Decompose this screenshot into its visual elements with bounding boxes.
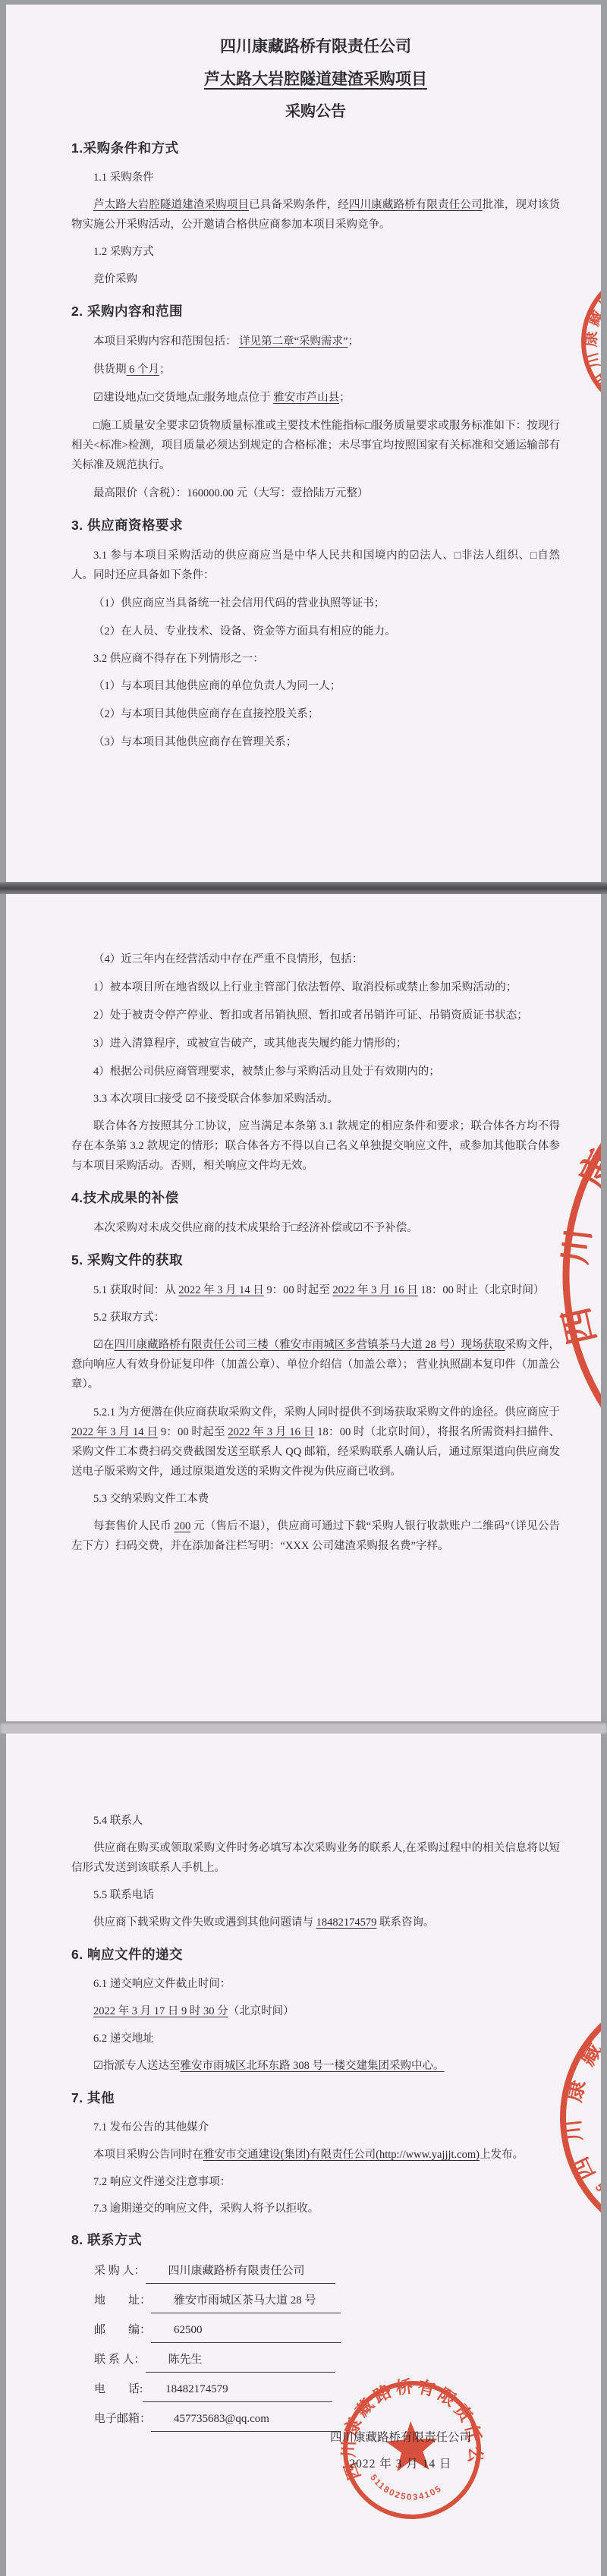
text: 7. 其他 xyxy=(71,2090,115,2105)
doc-line: 供应商下载采购文件失败或遇到其他问题请与 18482174579 联系咨询。 xyxy=(71,1913,560,1932)
underlined-text: 2022 年 3 月 16 日 xyxy=(228,1426,314,1438)
text: （北京时间） xyxy=(228,2005,294,2017)
doc-line: 5.2.1 为方便潜在供应商获取采购文件，采购人同时提供不到场获取采购文件的途径… xyxy=(71,1403,560,1482)
doc-line: 本项目采购内容和范围包括： 详见第二章“采购需求”； xyxy=(71,332,560,351)
text: ； xyxy=(348,335,360,348)
doc-line: 1.1 采购条件 xyxy=(71,168,560,187)
contact-value: 陈先生 xyxy=(146,2349,335,2373)
text: 18：00 时止（北京时间） xyxy=(418,1284,545,1296)
underlined-text: 雅安市交通建设(集团)有限责任公司(http://www.yajjjt.com) xyxy=(203,2149,480,2161)
text: 6.2 递交地址 xyxy=(93,2033,154,2045)
doc-line: 6.1 递交响应文件截止时间： xyxy=(71,1975,560,1993)
doc-line: 供货期 6 个月； xyxy=(71,360,560,379)
section-heading: 2. 采购内容和范围 xyxy=(71,301,560,322)
section-heading: 7. 其他 xyxy=(71,2088,560,2108)
text: 1）被本项目所在地省级以上行业主管部门依法暂停、取消投标或禁止参加采购活动的； xyxy=(93,981,517,994)
underlined-text: 2022 年 3 月 16 日 xyxy=(332,1284,417,1296)
text: （1）与本项目其他供应商的单位负责人为同一人； xyxy=(93,680,341,692)
underlined-text: 2022 年 3 月 17 日 9 时 30 分 xyxy=(93,2005,228,2017)
text: 最高限价（含税）：160000.00 元（大写：壹拾陆万元整） xyxy=(93,487,369,499)
text: ； xyxy=(159,364,171,376)
doc-line: （2）在人员、专业技术、设备、资金等方面具有相应的能力。 xyxy=(71,622,560,641)
doc-line: 5.4 联系人 xyxy=(71,1812,560,1830)
doc-line: ☑指派专人送达至雅安市雨城区北环东路 308 号一楼交建集团采购中心。 xyxy=(71,2056,560,2076)
contact-label: 邮 编： xyxy=(94,2324,151,2336)
text: 6. 响应文件的递交 xyxy=(71,1947,183,1962)
contact-label: 采 购 人： xyxy=(94,2265,146,2277)
doc-line: 本项目采购公告同时在雅安市交通建设(集团)有限责任公司(http://www.y… xyxy=(71,2145,560,2165)
contact-value: 四川康藏路桥有限责任公司 xyxy=(146,2260,335,2284)
underlined-text: 雅安市雨城区北环东路 308 号一楼交建集团采购中心。 xyxy=(181,2060,445,2072)
text: 5. 采购文件的获取 xyxy=(71,1252,183,1268)
contact-row: 电 话:18482174579 xyxy=(71,2379,560,2402)
underlined-text: 雅安市芦山县 xyxy=(273,392,339,404)
contact-label: 地 址： xyxy=(94,2294,151,2307)
doc-line: 3.1 参与本项目采购活动的供应商应当是中华人民共和国境内的☑法人、□非法人组织… xyxy=(71,546,560,585)
doc-line: 3.2 供应商不得存在下列情形之一： xyxy=(71,650,560,668)
underlined-text: 芦太路大岩腔隧道建渣采购项目 xyxy=(204,71,427,88)
text: 采购公告 xyxy=(285,103,346,120)
section-heading: 8. 联系方式 xyxy=(71,2230,560,2250)
text: 5.2 获取方式： xyxy=(93,1312,165,1324)
doc-line: 5.1 获取时间：从 2022 年 3 月 14 日 9：00 时起至 2022… xyxy=(71,1280,560,1300)
document-page-3: 四川康藏路桥有限责任公司 5118025034105 四川康藏路桥有限责任公司 … xyxy=(6,1734,601,2576)
doc-line: 3）进入清算程序，或被宣告破产，或其他丧失履约能力情形的； xyxy=(71,1034,560,1053)
text: 每套售价人民币 xyxy=(93,1520,175,1532)
doc-line: 7.1 发布公告的其他媒介 xyxy=(71,2118,560,2137)
text: （3）与本项目其他供应商存在管理关系； xyxy=(93,736,297,748)
doc-line: 5.2 获取方式： xyxy=(71,1308,560,1327)
underlined-text: 2022 年 3 月 14 日 xyxy=(178,1284,263,1296)
underlined-text: 2022 年 3 月 14 日 xyxy=(71,1426,158,1438)
doc-line: 5.3 交纳采购文件工本费 xyxy=(71,1490,560,1508)
text: 供应商下载采购文件失败或遇到其他问题请与 xyxy=(93,1916,316,1929)
text: （2）与本项目其他供应商存在直接控股关系； xyxy=(93,708,319,720)
text: 本项目采购内容和范围包括： xyxy=(93,335,239,348)
signature-date: 2022 年 3 月 14 日 xyxy=(256,2453,545,2476)
text: 四川康藏路桥有限责任公司 xyxy=(220,38,411,55)
text: （2）在人员、专业技术、设备、资金等方面具有相应的能力。 xyxy=(93,625,396,638)
text: 8. 联系方式 xyxy=(71,2232,142,2247)
section-heading: 1.采购条件和方式 xyxy=(71,138,560,159)
underlined-text: 芦太路大岩腔隧道建渣采购项目 xyxy=(93,199,249,211)
doc-line: ☑建设地点□交货地点□服务地点位于 雅安市芦山县； xyxy=(71,388,560,408)
text: 3.1 参与本项目采购活动的供应商应当是中华人民共和国境内的☑法人、□非法人组织… xyxy=(71,550,560,581)
text: 联合体各方按照其分工协议，应当满足本条第 3.1 款规定的相应条件和要求；联合体… xyxy=(71,1120,560,1172)
text: 4）根据公司供应商管理要求，被禁止参与采购活动且处于有效期内的； xyxy=(93,1066,440,1078)
doc-line: 每套售价人民币 200 元（售后不退），供应商可通过下载“采购人银行收款账户二维… xyxy=(71,1516,560,1556)
text: 竞价采购 xyxy=(93,273,137,285)
contact-value: 18482174579 xyxy=(143,2379,332,2402)
text: 9：00 时起至 xyxy=(264,1284,333,1296)
text: 7.1 发布公告的其他媒介 xyxy=(93,2121,209,2134)
text: 供货期 xyxy=(93,364,127,376)
text: 5.4 联系人 xyxy=(93,1815,143,1827)
text: 4.技术成果的补偿 xyxy=(71,1190,179,1205)
contact-row: 采 购 人：四川康藏路桥有限责任公司 xyxy=(71,2260,560,2284)
text: 上发布。 xyxy=(480,2149,524,2161)
signature-block: 四川康藏路桥有限责任公司 2022 年 3 月 14 日 xyxy=(256,2426,545,2476)
text: 3.2 供应商不得存在下列情形之一： xyxy=(93,653,264,665)
doc-line: 2）处于被责令停产停业、暂扣或者吊销执照、暂扣或者吊销许可证、吊销资质证书状态； xyxy=(71,1006,560,1025)
text: □施工质量安全要求☑货物质量标准或主要技术性能指标□服务质量要求或服务标准如下：… xyxy=(71,420,560,471)
doc-line: （1）供应商应当具备统一社会信用代码的营业执照等证书； xyxy=(71,594,560,613)
doc-line: □施工质量安全要求☑货物质量标准或主要技术性能指标□服务质量要求或服务标准如下：… xyxy=(71,416,560,475)
text: （1）供应商应当具备统一社会信用代码的营业执照等证书； xyxy=(93,597,385,609)
document-page-1: 四川康藏路桥有限责任公司 四川康藏路桥有限责任公司芦太路大岩腔隧道建渣采购项目采… xyxy=(6,5,601,882)
doc-title: 芦太路大岩腔隧道建渣采购项目 xyxy=(71,68,560,91)
underlined-text: 详见第二章“采购需求” xyxy=(239,335,348,348)
text: ☑指派专人送达至 xyxy=(93,2060,181,2072)
doc-line: 联合体各方按照其分工协议，应当满足本条第 3.1 款规定的相应条件和要求；联合体… xyxy=(71,1116,560,1176)
underlined-text: 四川康藏路桥有限责任公司 xyxy=(349,199,483,211)
section-heading: 6. 响应文件的递交 xyxy=(71,1945,560,1965)
text: 6.1 递交响应文件截止时间： xyxy=(93,1978,231,1990)
contact-label: 联 系 人： xyxy=(94,2354,146,2366)
page-gap xyxy=(0,1721,607,1734)
text: （4）近三年内在经营活动中存在严重不良情形，包括： xyxy=(93,953,363,965)
doc-line: 本次采购对未成交供应商的技术成果给于□经济补偿或☑不予补偿。 xyxy=(71,1218,560,1238)
text: 5.2.1 为方便潜在供应商获取采购文件，采购人同时提供不到场获取采购文件的途径… xyxy=(93,1406,560,1419)
underlined-text: 四川康藏路桥有限责任公司三楼（雅安市雨城区多营镇茶马大道 28 号）现场获取 xyxy=(115,1339,505,1351)
doc-line: 5.5 联系电话 xyxy=(71,1886,560,1904)
text: 7.3 逾期递交的响应文件，采购人将予以拒收。 xyxy=(93,2203,319,2215)
contact-row: 邮 编： 62500 xyxy=(71,2319,560,2343)
doc-line: 7.3 逾期递交的响应文件，采购人将予以拒收。 xyxy=(71,2200,560,2218)
doc-line: 竞价采购 xyxy=(71,269,560,289)
text: 2. 采购内容和范围 xyxy=(71,304,183,319)
section-heading: 3. 供应商资格要求 xyxy=(71,515,560,536)
doc-line: 1.2 采购方式 xyxy=(71,243,560,261)
scanned-document: 四川康藏路桥有限责任公司 四川康藏路桥有限责任公司芦太路大岩腔隧道建渣采购项目采… xyxy=(0,0,607,2576)
underlined-text: 200 xyxy=(175,1520,191,1532)
text: 已具备采购条件，经 xyxy=(249,199,349,211)
doc-line: 芦太路大岩腔隧道建渣采购项目已具备采购条件，经四川康藏路桥有限责任公司批准，现对… xyxy=(71,195,560,235)
text: ； xyxy=(339,392,351,404)
doc-line: （3）与本项目其他供应商存在管理关系； xyxy=(71,732,560,752)
text: 本次采购对未成交供应商的技术成果给于□经济补偿或☑不予补偿。 xyxy=(93,1222,418,1234)
text: 联系咨询。 xyxy=(376,1916,434,1929)
contact-value: 雅安市雨城区茶马大道 28 号 xyxy=(151,2290,341,2313)
text: 1.1 采购条件 xyxy=(93,172,154,184)
text: 5.1 获取时间：从 xyxy=(93,1284,178,1296)
section-heading: 5. 采购文件的获取 xyxy=(71,1250,560,1271)
underlined-text: 6 个月 xyxy=(127,364,160,376)
doc-line: 7.2 响应文件递交注意事项： xyxy=(71,2173,560,2191)
text: 2）处于被责令停产停业、暂扣或者吊销执照、暂扣或者吊销许可证、吊销资质证书状态； xyxy=(93,1009,528,1022)
doc-line: 3.3 本次项目□接受 ☑不接受联合体参加采购活动。 xyxy=(71,1090,560,1108)
text: 3）进入清算程序，或被宣告破产，或其他丧失履约能力情形的； xyxy=(93,1038,407,1050)
text: 5.3 交纳采购文件工本费 xyxy=(93,1493,209,1505)
doc-line: （2）与本项目其他供应商存在直接控股关系； xyxy=(71,704,560,724)
text: 3.3 本次项目□接受 ☑不接受联合体参加采购活动。 xyxy=(93,1093,338,1105)
text: ☑建设地点□交货地点□服务地点位于 xyxy=(93,392,273,404)
doc-line: 2022 年 3 月 17 日 9 时 30 分（北京时间） xyxy=(71,2001,560,2021)
doc-line: 4）根据公司供应商管理要求，被禁止参与采购活动且处于有效期内的； xyxy=(71,1062,560,1082)
text: 1.采购条件和方式 xyxy=(71,140,179,156)
text: 3. 供应商资格要求 xyxy=(71,518,183,533)
document-page-2: 四川康藏路桥有限责任公司 （4）近三年内在经营活动中存在严重不良情形，包括：1）… xyxy=(6,894,601,1721)
underlined-text: 18482174579 xyxy=(316,1916,377,1929)
text: 9：00 时起至 xyxy=(158,1426,228,1438)
doc-line: （1）与本项目其他供应商的单位负责人为同一人； xyxy=(71,676,560,696)
text: 供应商在购买或领取采购文件时务必填写本次采购业务的联系人,在采购过程中的相关信息… xyxy=(71,1842,560,1874)
text: 1.2 采购方式 xyxy=(93,246,154,258)
doc-line: 最高限价（含税）：160000.00 元（大写：壹拾陆万元整） xyxy=(71,483,560,503)
text: 7.2 响应文件递交注意事项： xyxy=(93,2176,231,2188)
doc-line: 1）被本项目所在地省级以上行业主管部门依法暂停、取消投标或禁止参加采购活动的； xyxy=(71,978,560,997)
doc-line: 供应商在购买或领取采购文件时务必填写本次采购业务的联系人,在采购过程中的相关信息… xyxy=(71,1838,560,1878)
text: 本项目采购公告同时在 xyxy=(93,2149,203,2161)
text: 5.5 联系电话 xyxy=(93,1889,154,1901)
doc-title: 采购公告 xyxy=(71,100,560,123)
page-gap xyxy=(0,882,607,894)
doc-line: ☑在四川康藏路桥有限责任公司三楼（雅安市雨城区多营镇茶马大道 28 号）现场获取… xyxy=(71,1335,560,1394)
doc-line: （4）近三年内在经营活动中存在严重不良情形，包括： xyxy=(71,949,560,969)
contact-row: 地 址：雅安市雨城区茶马大道 28 号 xyxy=(71,2290,560,2313)
section-heading: 4.技术成果的补偿 xyxy=(71,1188,560,1208)
contact-row: 联 系 人： 陈先生 xyxy=(71,2349,560,2373)
contact-label: 电 话: xyxy=(94,2383,143,2395)
contact-label: 电子邮箱： xyxy=(94,2413,151,2425)
partial-company-seal-icon: 四川康藏路桥有限责任公司 5118025034105 xyxy=(540,1967,601,2268)
doc-title: 四川康藏路桥有限责任公司 xyxy=(71,35,560,58)
text: ☑在 xyxy=(93,1339,115,1351)
doc-line: 6.2 递交地址 xyxy=(71,2030,560,2048)
contact-value: 62500 xyxy=(151,2319,341,2343)
svg-text:四川康藏路桥有限责任公司: 四川康藏路桥有限责任公司 xyxy=(562,247,601,393)
signature-company: 四川康藏路桥有限责任公司 xyxy=(256,2426,545,2450)
